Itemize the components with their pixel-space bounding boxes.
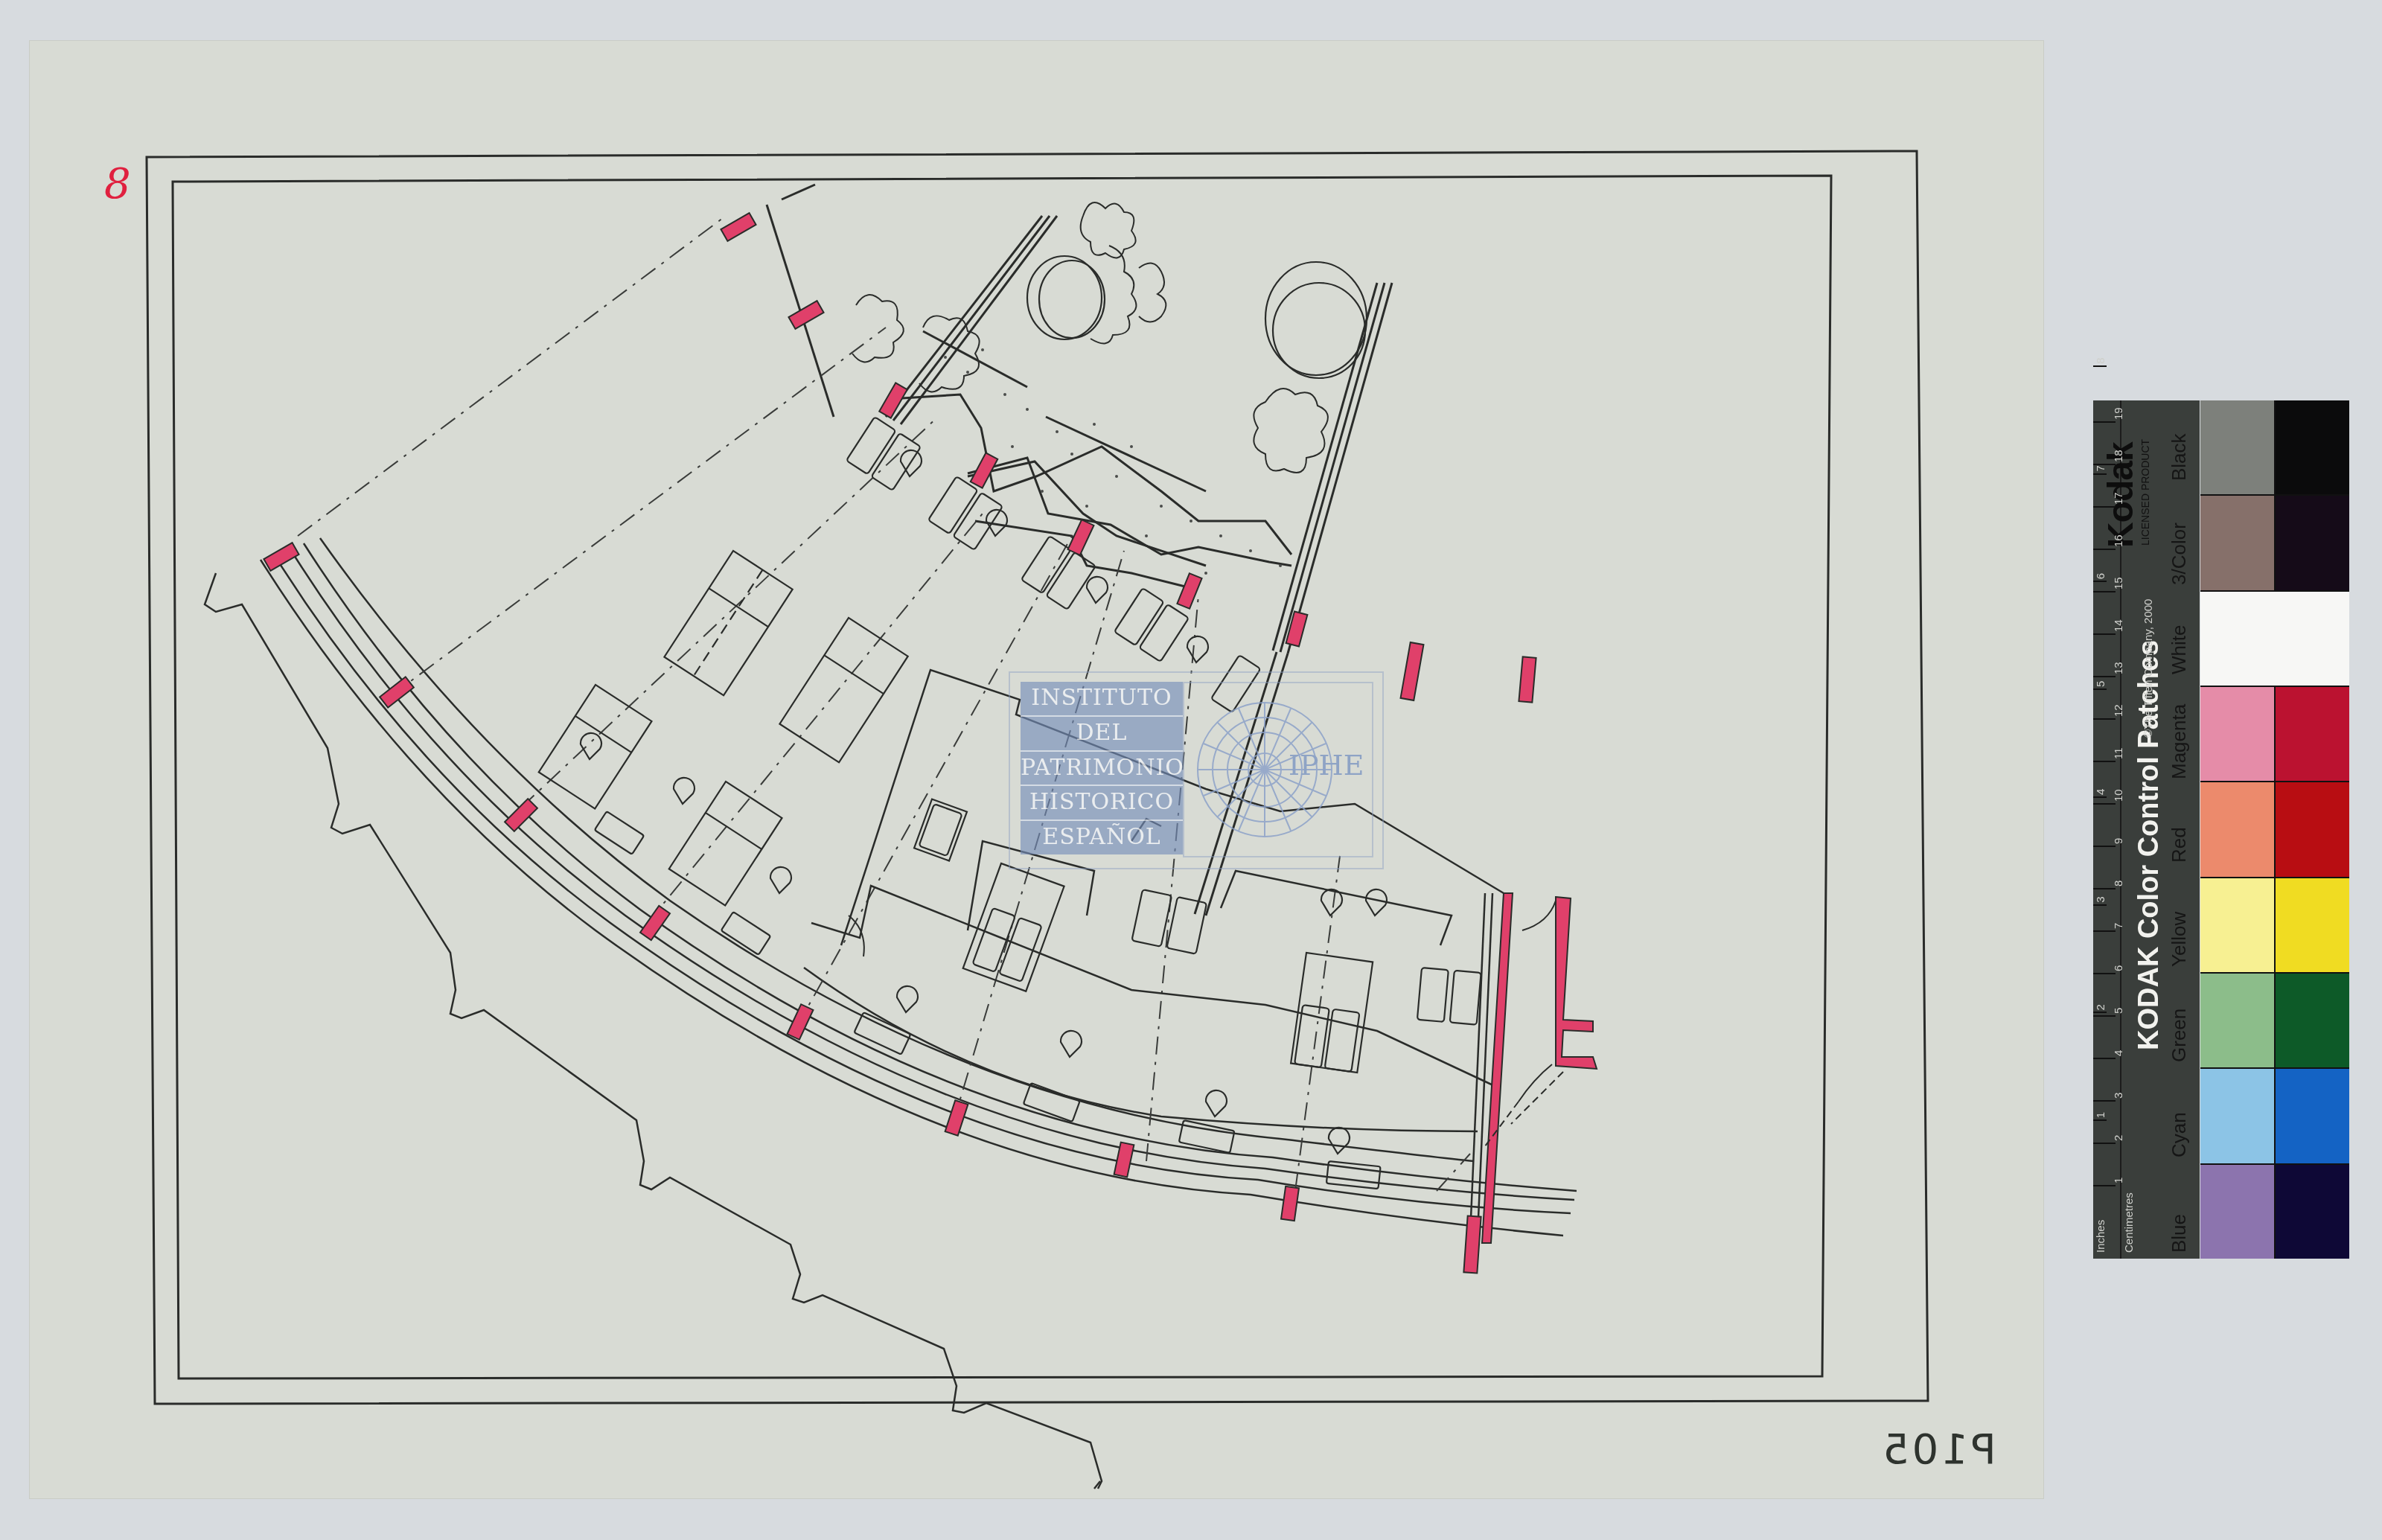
patch-row-black [2200, 400, 2349, 496]
patch-label-black: Black [2168, 433, 2191, 481]
ruler-tick-cm [2093, 1015, 2116, 1017]
patch-label-yellow: Yellow [2168, 912, 2191, 967]
ruler-tick-cm [2093, 506, 2116, 508]
ruler-tick-cm [2093, 761, 2116, 762]
ruler-inch-number: 1 [2095, 1112, 2107, 1118]
patch-label-green: Green [2168, 1009, 2191, 1062]
sheet-number: 8 [104, 160, 131, 208]
ruler-tick-cm [2093, 718, 2116, 720]
patch-light-cyan [2200, 1069, 2276, 1163]
ruler-cm-number: 19 [2113, 407, 2125, 420]
ruler-tick-cm [2093, 803, 2116, 805]
plan-code-mirrored: P105 [1880, 1425, 1996, 1474]
patch-label-blue: Blue [2168, 1214, 2191, 1253]
ruler-inch-number: 6 [2095, 573, 2107, 579]
ruler-cm-number: 2 [2113, 1135, 2125, 1141]
patch-yellow [2276, 878, 2349, 972]
ruler-cm-number: 14 [2113, 619, 2125, 632]
patch-light-red [2200, 782, 2276, 876]
ruler-cm-number: 11 [2113, 747, 2125, 759]
kodak-label-band: Inches Centimetres KODAK Color Control P… [2093, 400, 2200, 1259]
patch-blue [2276, 1165, 2349, 1259]
kodak-patches [2200, 400, 2349, 1259]
ruler-cm-number: 15 [2113, 577, 2125, 590]
patch-brown [2200, 496, 2276, 590]
inner-frame [173, 176, 1831, 1378]
patch-green [2276, 974, 2349, 1067]
ruler-tick-cm [2093, 930, 2116, 932]
ruler-cm-number: 18 [2113, 450, 2125, 462]
watermark-line: INSTITUTO [1021, 682, 1183, 717]
ruler-units-cm: Centimetres [2123, 1192, 2136, 1253]
ruler-tick-inch [2093, 796, 2107, 798]
patch-gray [2200, 400, 2276, 494]
ruler-cm-number: 8 [2113, 881, 2125, 886]
patch-row-green [2200, 974, 2349, 1069]
ruler-tick-cm [2093, 888, 2116, 889]
patch-label-magenta: Magenta [2168, 704, 2191, 779]
ruler-inch-number: 7 [2095, 465, 2107, 471]
kodak-color-control-strip: Inches Centimetres KODAK Color Control P… [2093, 400, 2350, 1259]
ruler-inch-number: 4 [2095, 789, 2107, 795]
patch-row-3color [2200, 496, 2349, 591]
patch-label-3color: 3/Color [2168, 523, 2191, 585]
ruler-cm-number: 7 [2113, 923, 2125, 929]
kodak-copyright: ©The Tiffen Company, 2000 [2142, 599, 2155, 738]
round-features [1027, 256, 1367, 378]
patch-row-blue [2200, 1165, 2349, 1259]
ruler-cm-number: 10 [2113, 789, 2125, 802]
patch-label-white: White [2168, 625, 2191, 674]
ruler-tick-cm [2093, 676, 2116, 677]
ruler-tick-inch [2093, 365, 2107, 367]
iphe-watermark: INSTITUTO DEL PATRIMONIO HISTORICO ESPAÑ… [1009, 671, 1384, 869]
patch-cyan [2276, 1069, 2349, 1163]
ruler-tick-cm [2093, 1058, 2116, 1059]
ruler-cm-number: 17 [2113, 492, 2125, 505]
watermark-acronym: IPHE [1289, 749, 1364, 782]
ruler-tick-cm [2093, 591, 2116, 592]
ruler-tick-cm [2093, 1100, 2116, 1102]
ruler-tick-cm [2093, 973, 2116, 974]
watermark-line: HISTORICO [1021, 786, 1183, 821]
patch-row-yellow [2200, 878, 2349, 974]
patch-light-green [2200, 974, 2276, 1067]
ruler-tick-cm [2093, 421, 2116, 423]
patch-magenta [2276, 687, 2349, 781]
ruler-tick-cm [2093, 549, 2116, 550]
ruler-inch-number: 8 [2095, 357, 2107, 363]
watermark-line: PATRIMONIO [1021, 752, 1183, 787]
patch-white [2200, 592, 2349, 686]
ruler-tick-inch [2093, 904, 2107, 906]
ruler-cm-number: 13 [2113, 662, 2125, 674]
ruler-cm-number: 5 [2113, 1008, 2125, 1014]
patch-3color-black [2276, 496, 2349, 590]
patch-red [2276, 782, 2349, 876]
ruler-tick-inch [2093, 473, 2107, 475]
ruler-cm-number: 9 [2113, 838, 2125, 844]
ruler-inch-number: 3 [2095, 896, 2107, 902]
patch-label-cyan: Cyan [2168, 1112, 2191, 1157]
ruler-tick-cm [2093, 846, 2116, 847]
patch-black [2276, 400, 2349, 494]
ruler-cm-number: 3 [2113, 1093, 2125, 1099]
ruler-tick-inch [2093, 1012, 2107, 1013]
patch-label-red: Red [2168, 827, 2191, 863]
ruler-cm-number: 4 [2113, 1050, 2125, 1056]
watermark-emblem-box: IPHE [1183, 682, 1373, 857]
landscape-trees [852, 202, 1328, 473]
ruler-inch-number: 5 [2095, 681, 2107, 687]
watermark-text-block: INSTITUTO DEL PATRIMONIO HISTORICO ESPAÑ… [1021, 682, 1183, 854]
patch-row-cyan [2200, 1069, 2349, 1164]
patch-row-white [2200, 592, 2349, 687]
kodak-licensed: LICENSED PRODUCT [2139, 439, 2151, 546]
terrain-edge [205, 573, 1102, 1489]
ruler-tick-inch [2093, 688, 2107, 690]
ruler-tick-inch [2093, 1119, 2107, 1121]
patch-row-magenta [2200, 687, 2349, 782]
ruler-cm-number: 6 [2113, 965, 2125, 971]
patch-light-magenta [2200, 687, 2276, 781]
curved-facade [261, 538, 1577, 1236]
ruler-tick-cm [2093, 1185, 2116, 1186]
watermark-line: DEL [1021, 717, 1183, 752]
ruler-cm-number: 12 [2113, 704, 2125, 717]
patch-row-red [2200, 782, 2349, 878]
watermark-line: ESPAÑOL [1021, 821, 1183, 854]
ruler-tick-cm [2093, 633, 2116, 635]
ruler-units-inches: Inches [2095, 1220, 2107, 1253]
kodak-rotated-text: Inches Centimetres KODAK Color Control P… [2093, 400, 2200, 1259]
ruler-inch-number: 2 [2095, 1004, 2107, 1010]
patch-light-blue [2200, 1165, 2276, 1259]
ruler-tick-inch [2093, 581, 2107, 582]
ruler-cm-number: 1 [2113, 1178, 2125, 1183]
patch-light-yellow [2200, 878, 2276, 972]
ruler-cm-number: 16 [2113, 534, 2125, 547]
ruler-tick-cm [2093, 1143, 2116, 1144]
